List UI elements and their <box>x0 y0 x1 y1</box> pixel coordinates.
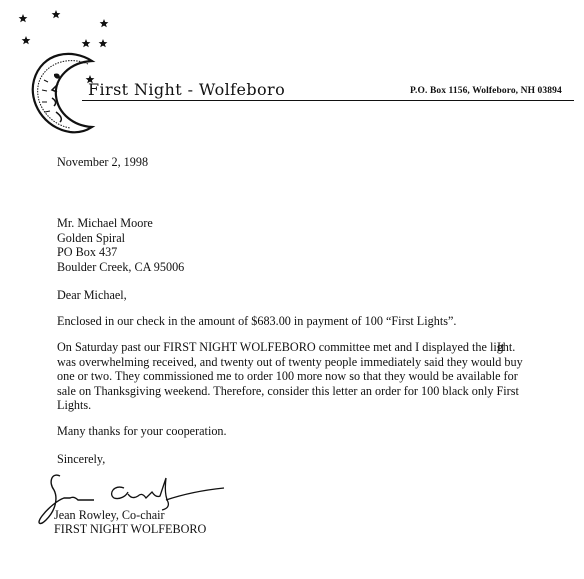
paragraph-line: sale on Thanksgiving weekend. Therefore,… <box>57 384 523 399</box>
recipient-line: Golden Spiral <box>57 231 184 246</box>
star-icon <box>82 39 91 47</box>
letter-date: November 2, 1998 <box>57 155 148 170</box>
signer-organization: FIRST NIGHT WOLFEBORO <box>54 522 206 537</box>
organization-name: First Night - Wolfeboro <box>88 80 285 99</box>
recipient-line: Mr. Michael Moore <box>57 216 184 231</box>
paragraph-trailing-word: It <box>497 340 504 355</box>
paragraph-line: one or two. They commissioned me to orde… <box>57 369 523 384</box>
closing: Sincerely, <box>57 452 105 467</box>
organization-address: P.O. Box 1156, Wolfeboro, NH 03894 <box>410 86 562 96</box>
paragraph-line: was overwhelming received, and twenty ou… <box>57 355 523 370</box>
star-icon <box>52 10 61 18</box>
header-rule <box>82 100 574 101</box>
recipient-address: Mr. Michael Moore Golden Spiral PO Box 4… <box>57 216 184 274</box>
crescent-moon-logo-icon <box>14 10 114 140</box>
greeting: Dear Michael, <box>57 288 127 303</box>
recipient-line: PO Box 437 <box>57 245 184 260</box>
paragraph-payment: Enclosed in our check in the amount of $… <box>57 314 456 329</box>
paragraph-line: On Saturday past our FIRST NIGHT WOLFEBO… <box>57 340 523 355</box>
recipient-line: Boulder Creek, CA 95006 <box>57 260 184 275</box>
star-icon <box>22 36 31 44</box>
paragraph-line: Lights. <box>57 398 523 413</box>
star-icon <box>99 39 108 47</box>
star-icon <box>100 19 109 27</box>
thanks-line: Many thanks for your cooperation. <box>57 424 227 439</box>
paragraph-order: On Saturday past our FIRST NIGHT WOLFEBO… <box>57 340 523 413</box>
star-icon <box>19 14 28 22</box>
signer-name: Jean Rowley, Co-chair <box>54 508 165 523</box>
